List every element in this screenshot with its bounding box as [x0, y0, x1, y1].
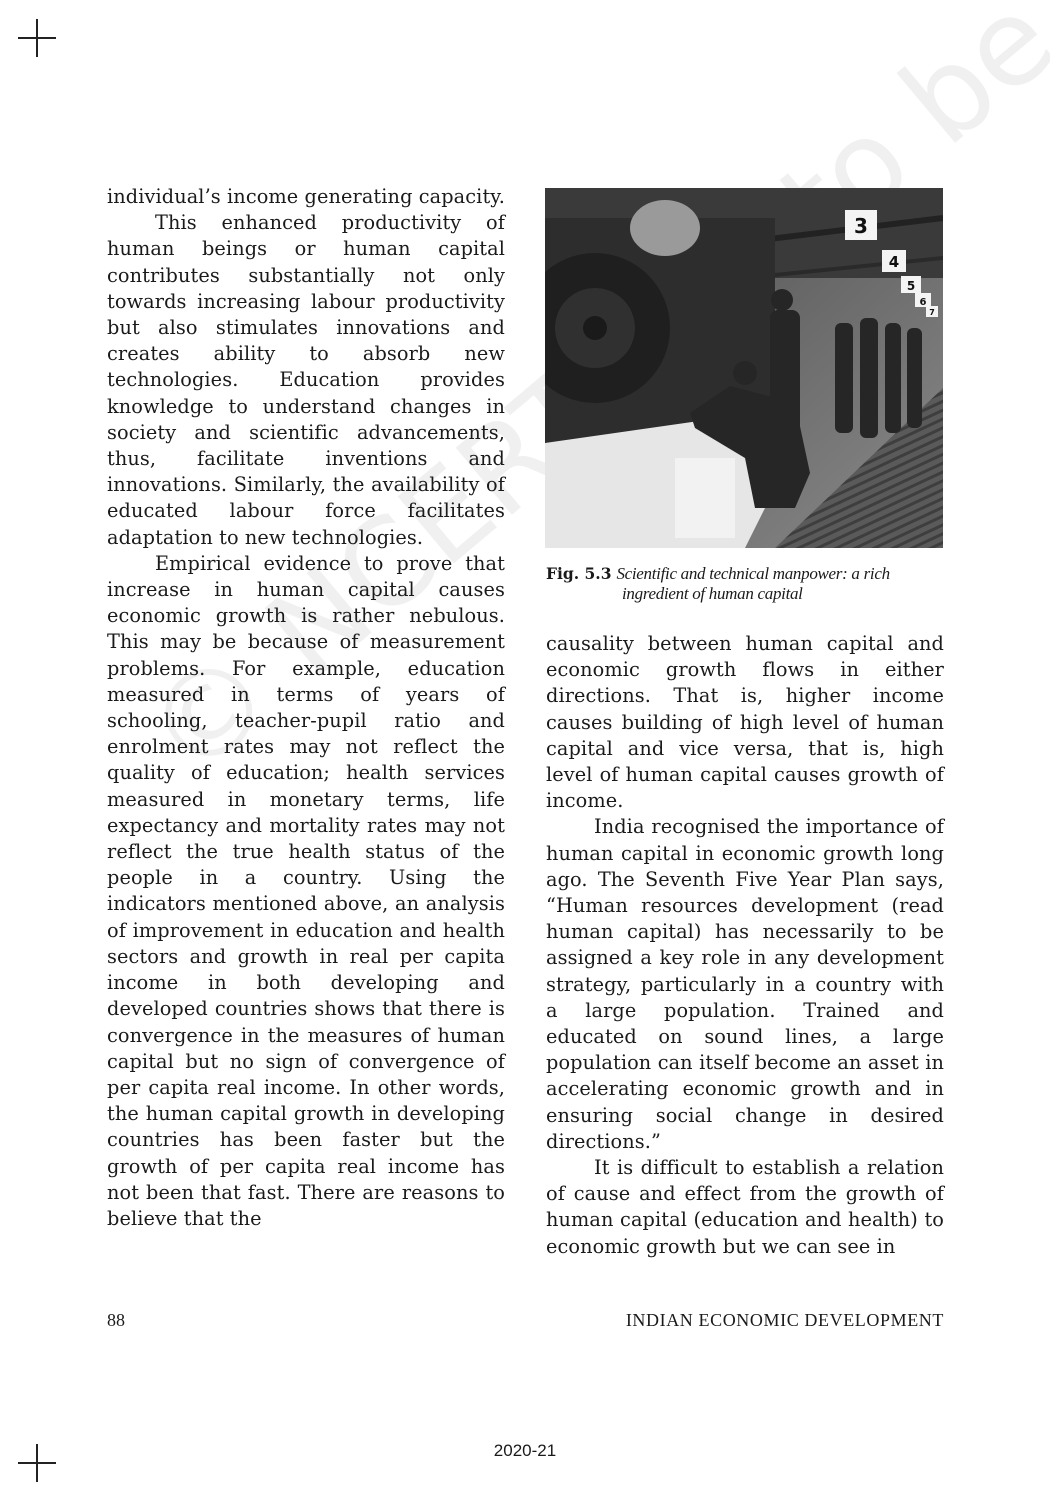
svg-text:6: 6 — [920, 297, 927, 308]
svg-text:7: 7 — [929, 308, 935, 317]
figure-label: Fig. 5.3 — [546, 564, 612, 583]
edition-year: 2020-21 — [0, 1441, 1050, 1461]
figure-caption-line-1: Scientific and technical manpower: a ric… — [616, 564, 889, 583]
paragraph-empirical-evidence: Empirical evidence to prove that increas… — [107, 551, 505, 1232]
photo-illustration: 3 4 5 6 7 — [545, 188, 943, 548]
running-title: INDIAN ECONOMIC DEVELOPMENT — [626, 1310, 944, 1331]
paragraph-causality: causality between human capital and econ… — [546, 631, 944, 814]
figure-caption: Fig. 5.3 Scientific and technical manpow… — [546, 564, 946, 604]
svg-text:4: 4 — [889, 253, 899, 271]
figure-caption-line-2: ingredient of human capital — [546, 584, 946, 604]
left-text-column: individual’s income generating capacity.… — [107, 184, 505, 1232]
paragraph-productivity: This enhanced productivity of human bein… — [107, 210, 505, 551]
crop-mark-top-left — [18, 19, 56, 57]
factory-workers-photo: 3 4 5 6 7 — [545, 188, 943, 548]
paragraph-india-recognised: India recognised the importance of human… — [546, 814, 944, 1155]
right-text-column: causality between human capital and econ… — [546, 631, 944, 1260]
crop-mark-vertical — [36, 19, 38, 57]
page-number: 88 — [107, 1310, 125, 1331]
paragraph-continued: individual’s income generating capacity. — [107, 184, 505, 210]
svg-text:5: 5 — [907, 279, 915, 293]
paragraph-cause-effect: It is difficult to establish a relation … — [546, 1155, 944, 1260]
svg-text:3: 3 — [854, 214, 868, 238]
